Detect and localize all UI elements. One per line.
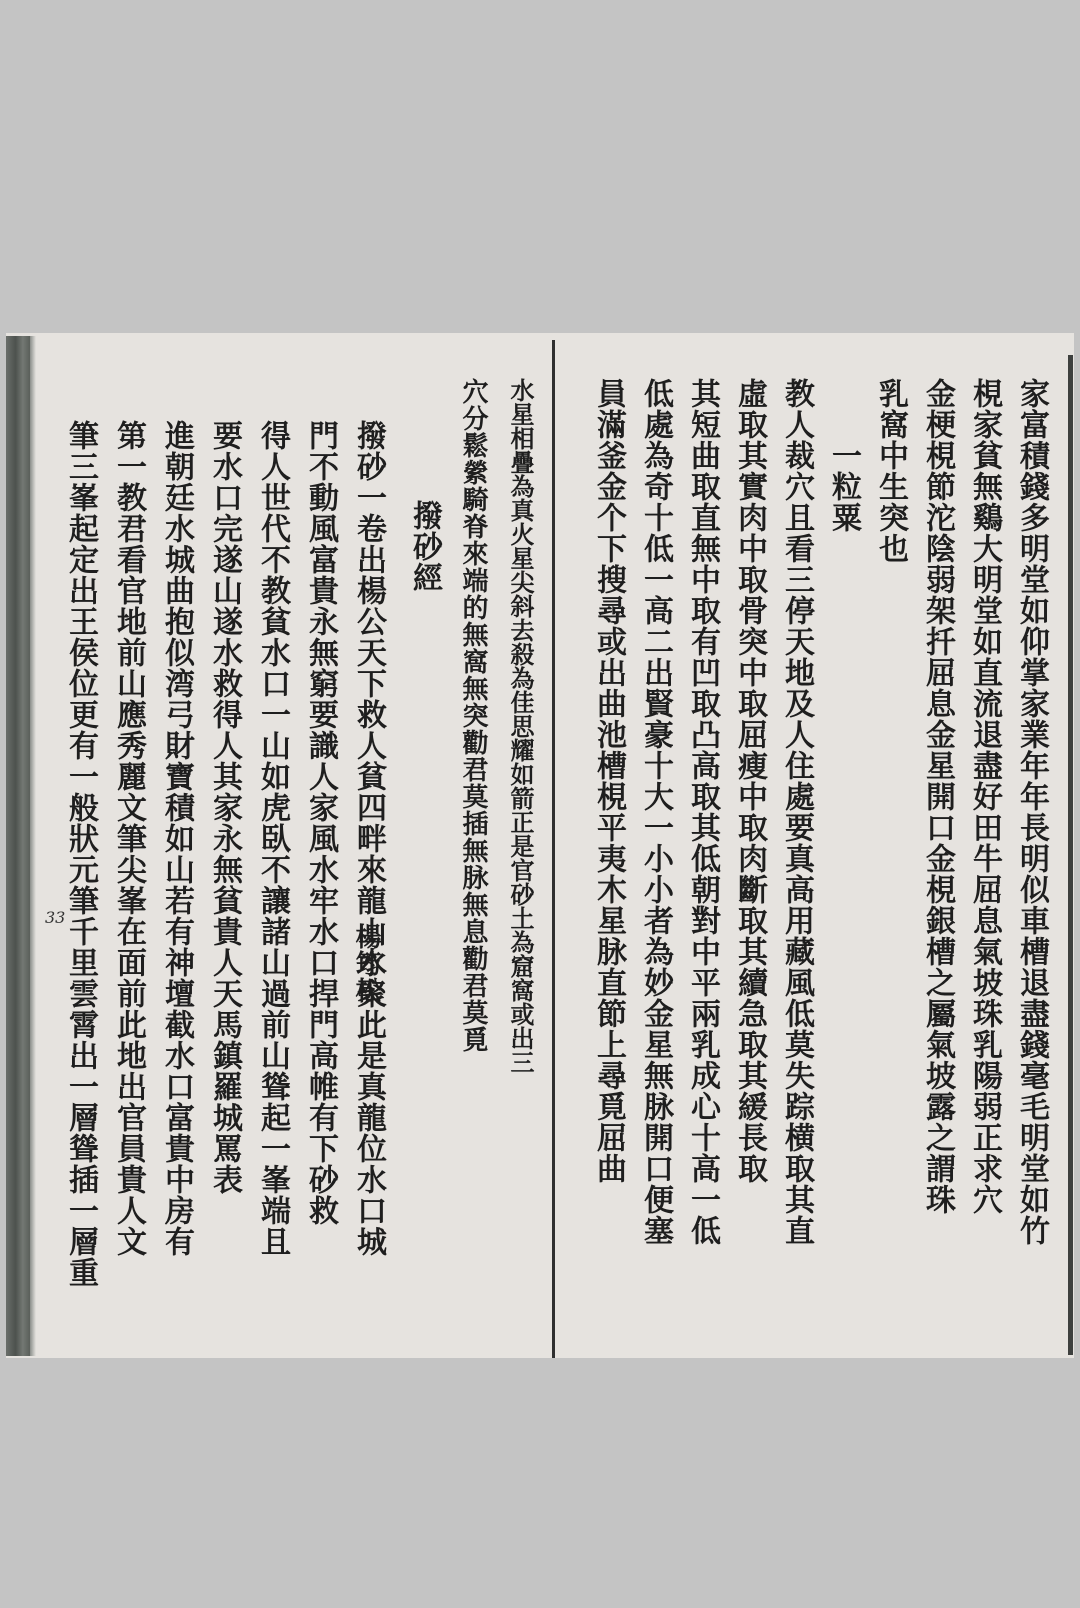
section-heading: 一粒粟	[820, 360, 867, 1320]
text-column: 其短曲取直無中取有凹取凸高取其低朝對中平兩乳成心十高一低	[679, 360, 726, 1320]
text-column: 筆三峯起定出王侯位更有一般狀元筆千里雲霄出一層聳插一層重	[56, 360, 104, 1320]
text-column: 進朝廷水城曲抱似湾弓財寶積如山若有神壇截水口富貴中房有	[152, 360, 200, 1320]
text-column: 第一教君看官地前山應秀麗文筆尖峯在面前此地出官員貴人文	[104, 360, 152, 1320]
text-column: 要水口完遂山遂水救得人其家永無貧貴人天馬鎮羅城罵表	[200, 360, 248, 1320]
text-column: 穴分鬆縈騎脊來端的無窩無突勸君莫插無脉無息勸君莫覓	[448, 360, 496, 1320]
section-title: 撥砂經	[407, 500, 442, 593]
text-column: 虛取其實肉中取骨突中取屈瘦中取肉斷取其續急取其緩長取	[726, 360, 773, 1320]
page-right-edge	[1068, 355, 1073, 1355]
text-column: 教人裁穴且看三停天地及人住處要真高用藏風低莫失踪横取其直	[773, 360, 820, 1320]
right-page: 家富積錢多明堂如仰掌家業年年長明似車槽退盡錢毫毛明堂如竹 梘家貧無鷄大明堂如直流…	[565, 360, 1055, 1340]
book-spine-edge	[6, 336, 30, 1356]
text-column: 乳窩中生突也	[867, 360, 914, 1320]
center-fold-line	[552, 340, 555, 1358]
section-title-column: 撥砂經楊筠松	[392, 360, 448, 1320]
text-column: 門不動風富貴永無窮要識人家風水牢水口捍門高帷有下砂救	[296, 360, 344, 1320]
left-page: 水星相疊為真火星尖斜去殺為佳思耀如箭正是官砂土為窟窩或出三 穴分鬆縈騎脊來端的無…	[44, 360, 544, 1340]
text-column: 員滿釜金个下搜尋或出曲池槽梘平夷木星脉直節上尋覓屈曲	[585, 360, 632, 1320]
text-column: 梘家貧無鷄大明堂如直流退盡好田牛屈息氣坡珠乳陽弱正求穴	[961, 360, 1008, 1320]
text-column: 水星相疊為真火星尖斜去殺為佳思耀如箭正是官砂土為窟窩或出三	[496, 360, 544, 1320]
text-column: 金梗梘節沱陰弱架扦屈息金星開口金梘銀槽之屬氣坡露之謂珠	[914, 360, 961, 1320]
margin-page-note: 33	[45, 908, 65, 927]
text-column: 家富積錢多明堂如仰掌家業年年長明似車槽退盡錢毫毛明堂如竹	[1008, 360, 1055, 1320]
text-column: 得人世代不教貧水口一山如虎臥不讓諸山過前山聳起一峯端且	[248, 360, 296, 1320]
author-name: 楊筠松	[342, 593, 389, 1004]
text-column: 低處為奇十低一高二出賢豪十大一小小者為妙金星無脉開口便塞	[632, 360, 679, 1320]
